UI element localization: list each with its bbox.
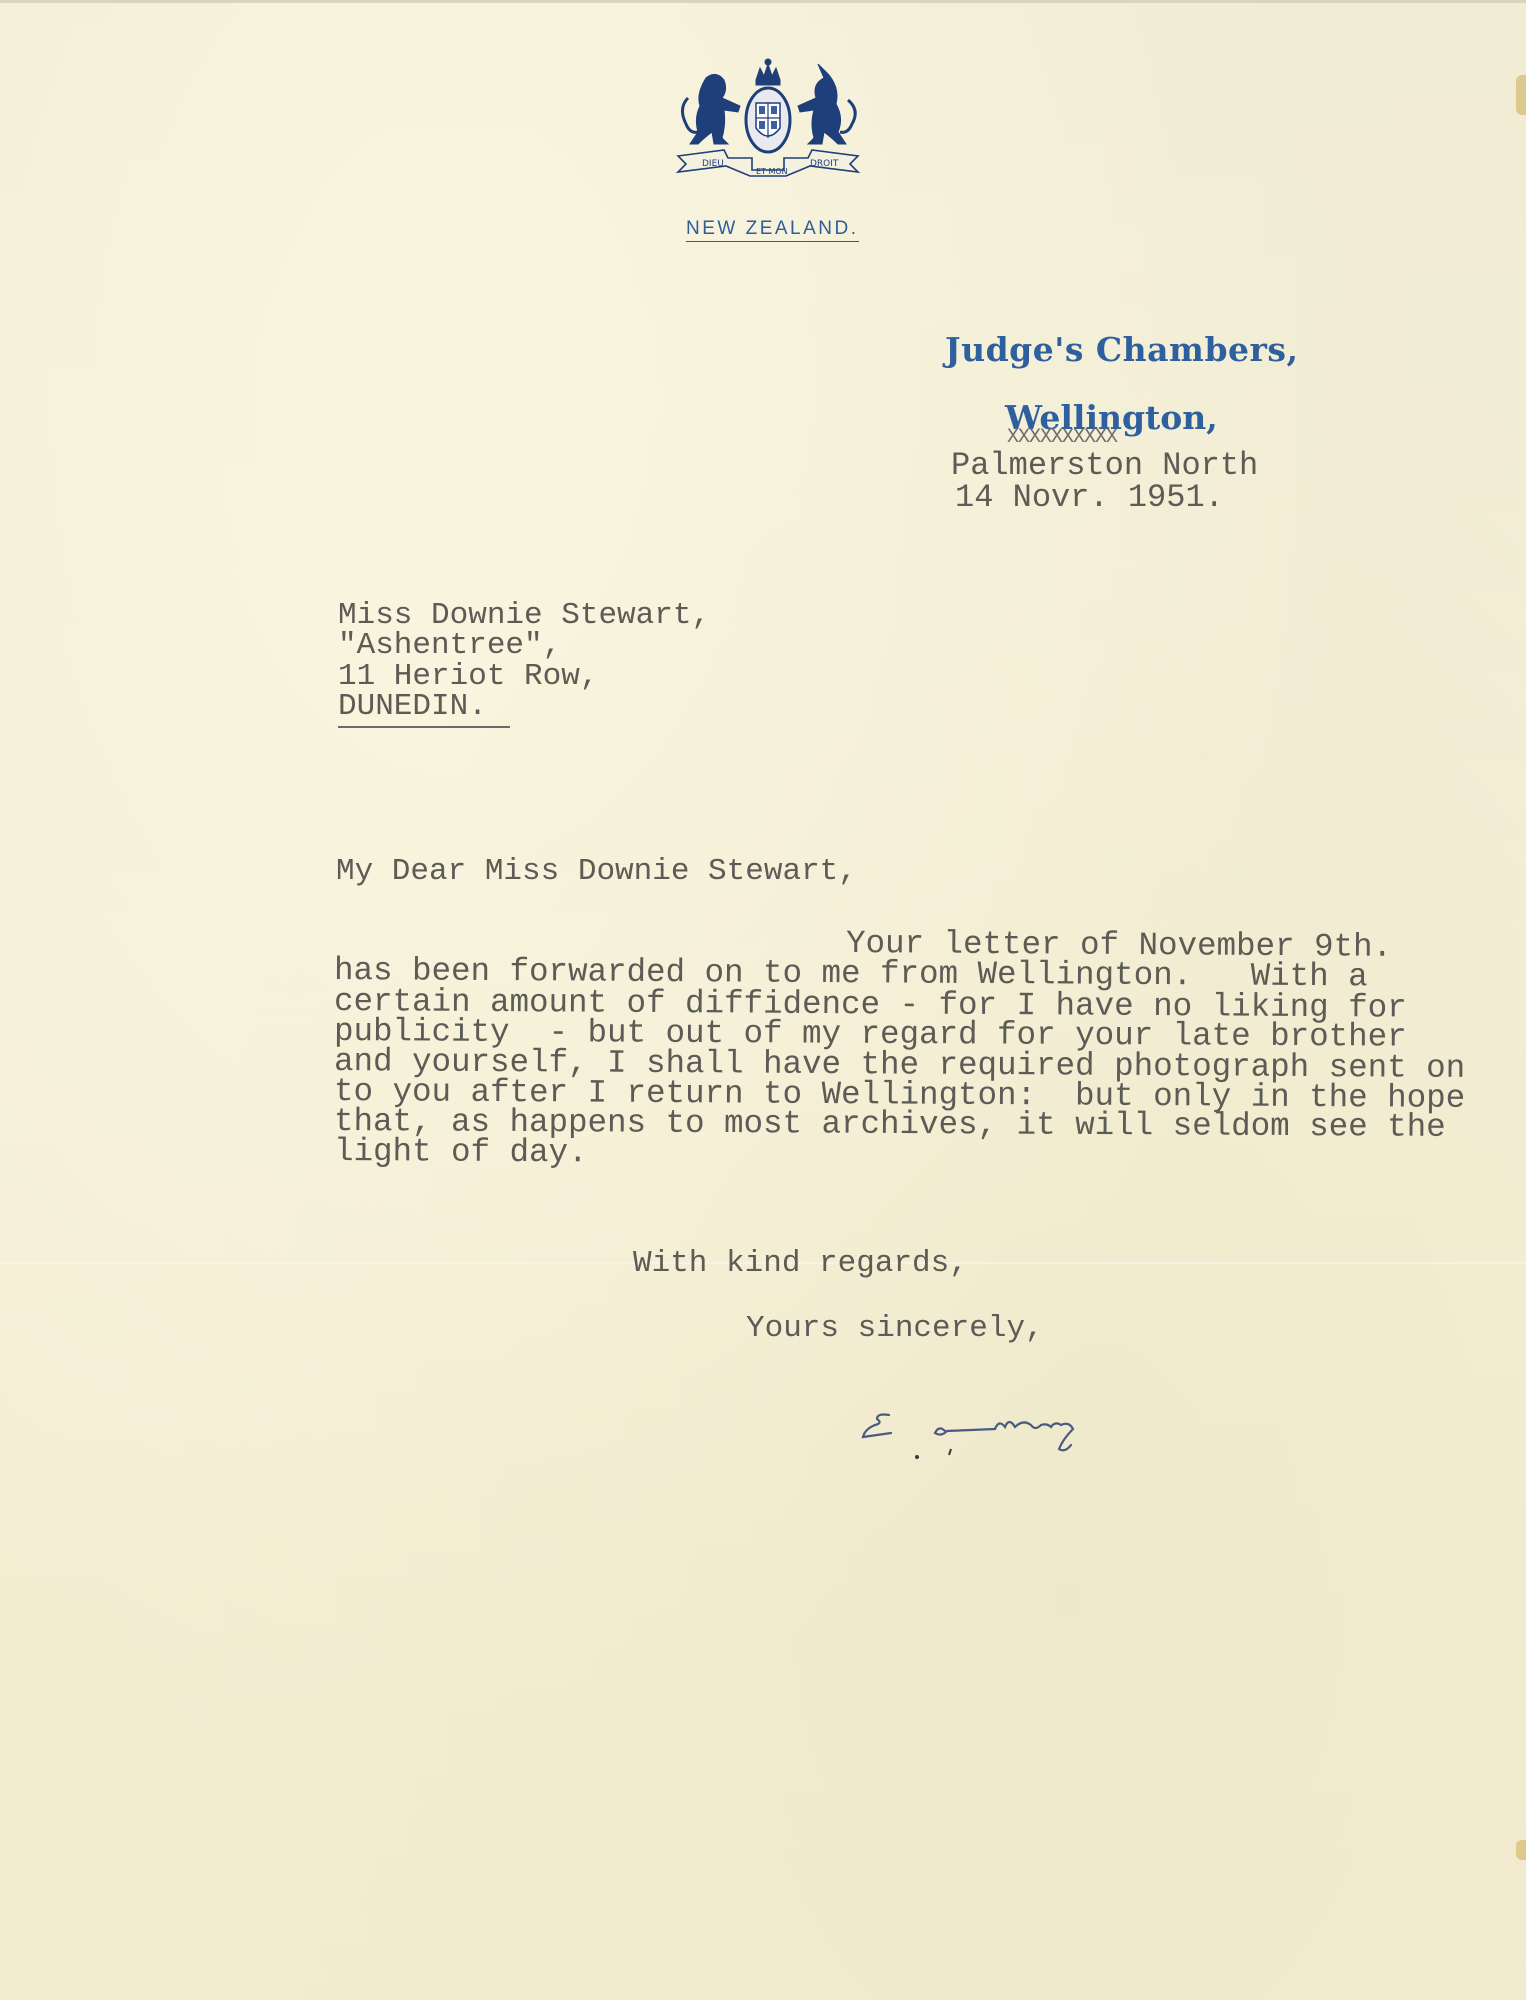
svg-text:DROIT: DROIT: [810, 159, 839, 169]
recipient-house: "Ashentree",: [338, 630, 561, 662]
sender-place: Palmerston North: [951, 450, 1258, 482]
letter-date: 14 Novr. 1951.: [955, 482, 1224, 514]
body-line: light of day.: [334, 1136, 588, 1169]
royal-coat-of-arms-icon: DIEU ET MON DROIT: [668, 58, 868, 188]
recipient-city-underline: [338, 726, 510, 728]
edge-stain: [1516, 75, 1526, 115]
letterhead-city-strikeout: XXXXXXXXXX: [1007, 426, 1117, 449]
letterhead-country: NEW ZEALAND.: [686, 218, 859, 242]
signature-icon: [855, 1405, 1115, 1475]
recipient-city: DUNEDIN.: [338, 691, 487, 723]
paper-top-edge: [0, 0, 1526, 3]
closing-regards: With kind regards,: [633, 1248, 968, 1280]
edge-stain: [1516, 1840, 1526, 1860]
letterhead-office: Judge's Chambers,: [945, 330, 1299, 369]
svg-text:DIEU: DIEU: [702, 159, 724, 169]
closing-sincerely: Yours sincerely,: [746, 1313, 1044, 1345]
svg-text:ET MON: ET MON: [756, 167, 788, 176]
salutation: My Dear Miss Downie Stewart,: [336, 856, 857, 888]
